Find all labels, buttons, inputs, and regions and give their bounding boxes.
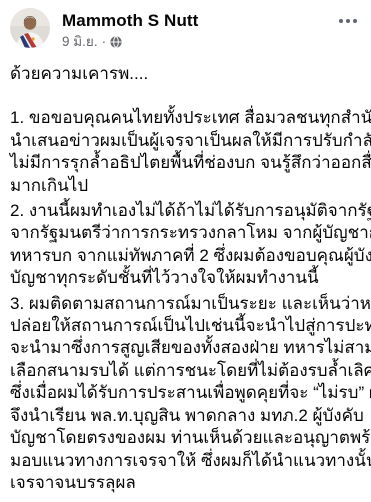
post-text-line: บัญชาทุกระดับชั้นที่ไว้วางใจให้ผมทำงานนี… [10,267,361,289]
post-text-line: มอบแนวทางการเจรจาให้ ซึ่งผมก็ได้นำแนวทาง… [10,450,361,472]
post-header: Mammoth S Nutt 9 มิ.ย. · [0,0,371,50]
post-text-line: ปล่อยให้สถานการณ์เป็นไปเช่นนี้จะนำไปสู่ก… [10,315,361,337]
post-text-line: เลือกสนามรบได้ แต่การชนะโดยที่ไม่ต้องรบล… [10,360,361,382]
post-text-line: 3. ผมติดตามสถานการณ์มาเป็นระยะ และเห็นว่… [10,293,361,315]
post-text-line: 2. งานนี้ผมทำเองไม่ได้ถ้าไม่ได้รับการอนุ… [10,200,361,222]
post-text-line: ทหารบก จากแม่ทัพภาคที่ 2 ซึ่งผมต้องขอบคุ… [10,245,361,267]
post-paragraph-3: 3. ผมติดตามสถานการณ์มาเป็นระยะ และเห็นว่… [10,293,361,495]
post-meta-row: 9 มิ.ย. · [62,33,359,50]
facebook-post-card: Mammoth S Nutt 9 มิ.ย. · ด้วยความเคารพ.. [0,0,371,502]
post-text-line: บัญชาโดยตรงของผม ท่านเห็นด้วยและอนุญาตพร… [10,427,361,449]
post-intro-line: ด้วยความเคารพ.... [10,63,361,85]
post-text-line: จากรัฐมนตรีว่าการกระทรวงกลาโหม จากผู้บัญ… [10,222,361,244]
dot-separator: · [102,33,107,50]
post-text-line: ไม่มีการรุกล้ำอธิปไตยพื้นที่ช่องบก จนรู้… [10,152,361,174]
post-timestamp[interactable]: 9 มิ.ย. [62,33,98,50]
avatar-portrait-icon [10,8,50,48]
post-header-meta: Mammoth S Nutt 9 มิ.ย. · [62,8,359,50]
post-paragraph-1: 1. ขอขอบคุณคนไทยทั้งประเทศ สื่อมวลชนทุกส… [10,107,361,197]
post-text: ด้วยความเคารพ.... 1. ขอขอบคุณคนไทยทั้งปร… [0,50,371,494]
post-text-line: 1. ขอขอบคุณคนไทยทั้งประเทศ สื่อมวลชนทุกส… [10,107,361,129]
post-text-line: จะนำมาซึ่งการสูญเสียของทั้งสองฝ่าย ทหารไ… [10,337,361,359]
author-name[interactable]: Mammoth S Nutt [62,10,359,31]
post-menu-button[interactable] [337,11,359,31]
post-text-line: ซึ่งเมื่อผมได้รับการประสานเพื่อพูดคุยที่… [10,382,361,404]
post-text-line: จึงนำเรียน พล.ท.บุญสิน พาดกลาง มทภ.2 ผู้… [10,405,361,427]
post-text-line: นำเสนอข่าวผมเป็นผู้เจรจาเป็นผลให้มีการปร… [10,130,361,152]
avatar[interactable] [10,8,50,48]
globe-icon [110,36,122,48]
post-paragraph-2: 2. งานนี้ผมทำเองไม่ได้ถ้าไม่ได้รับการอนุ… [10,200,361,290]
ellipsis-icon [339,19,357,23]
post-text-line: มากเกินไป [10,175,361,197]
post-text-line: เจรจาจนบรรลุผล [10,472,361,494]
